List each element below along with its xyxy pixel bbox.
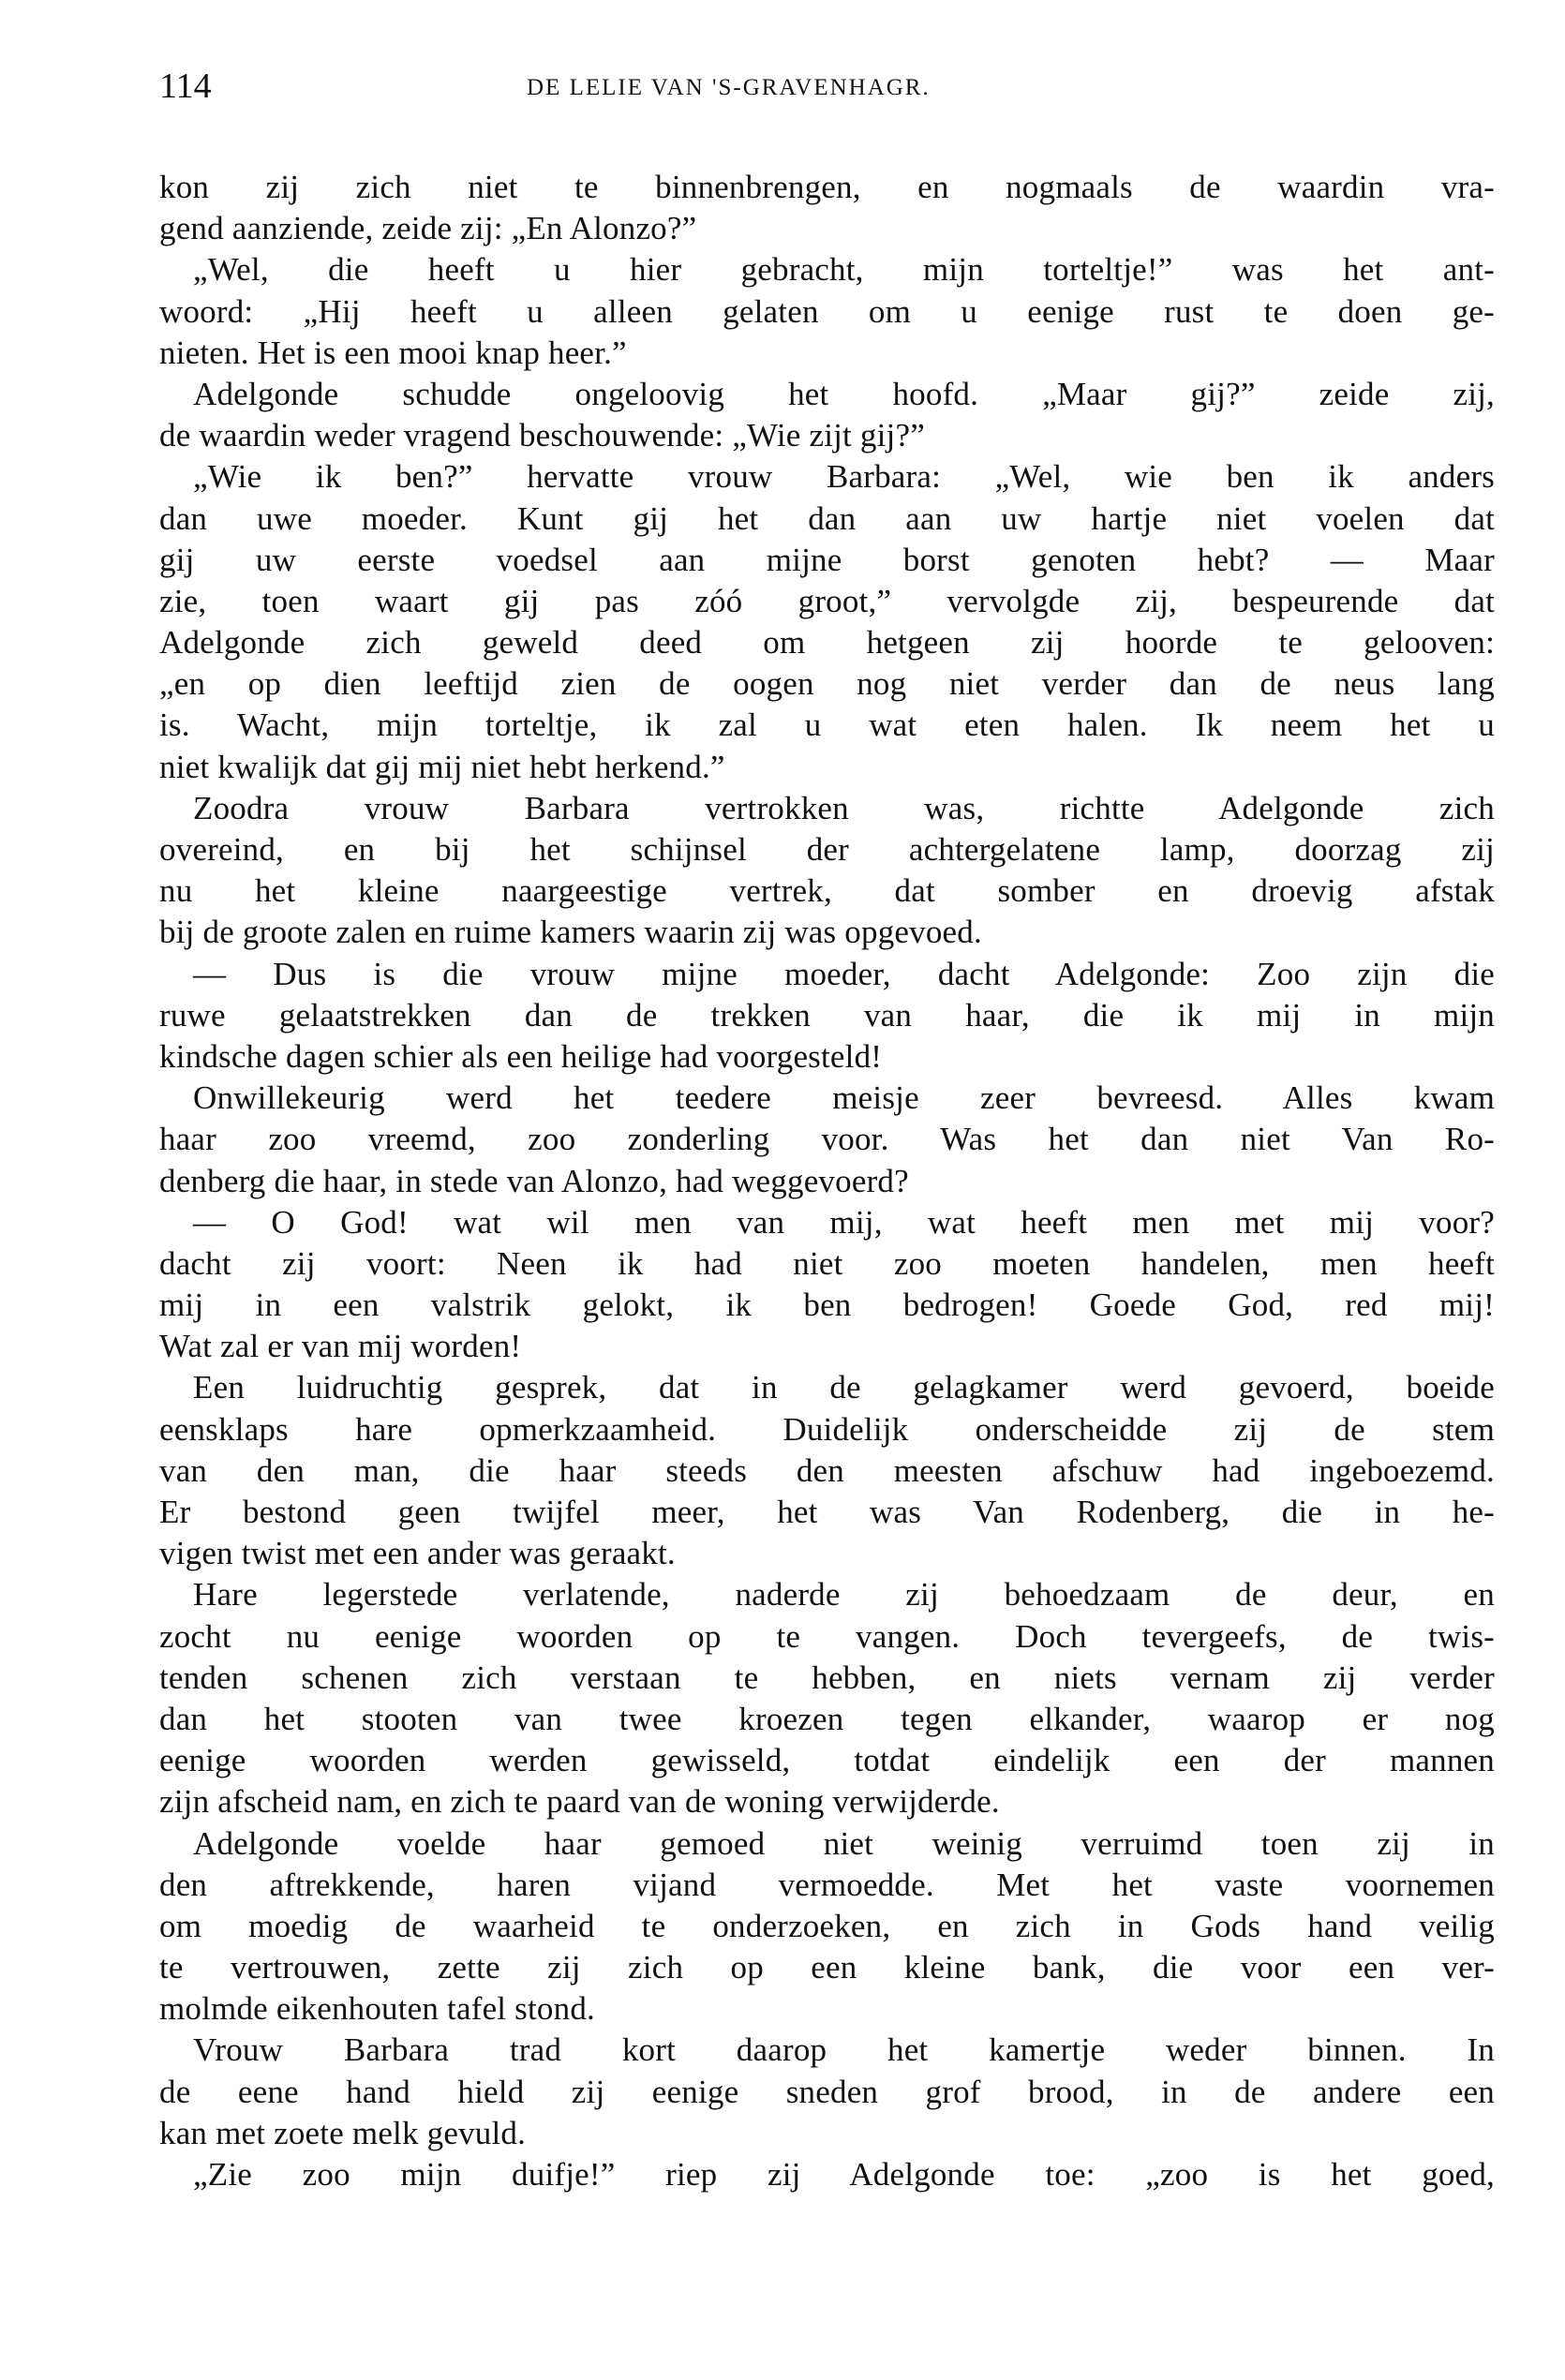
- text-line: ruwe gelaatstrekken dan de trekken van h…: [159, 995, 1495, 1036]
- text-line: nu het kleine naargeestige vertrek, dat …: [159, 870, 1495, 912]
- text-line: bij de groote zalen en ruime kamers waar…: [159, 912, 1495, 953]
- text-line: eenige woorden werden gewisseld, totdat …: [159, 1740, 1495, 1781]
- text-line: woord: „Hij heeft u alleen gelaten om u …: [159, 291, 1495, 333]
- text-line: den aftrekkende, haren vijand vermoedde.…: [159, 1865, 1495, 1906]
- text-line: de waardin weder vragend beschouwende: „…: [159, 415, 1495, 456]
- text-line: — Dus is die vrouw mijne moeder, dacht A…: [159, 954, 1495, 995]
- text-line: Wat zal er van mij worden!: [159, 1326, 1495, 1367]
- text-line: Onwillekeurig werd het teedere meisje ze…: [159, 1078, 1495, 1119]
- text-line: Er bestond geen twijfel meer, het was Va…: [159, 1492, 1495, 1533]
- text-line: Zoodra vrouw Barbara vertrokken was, ric…: [159, 788, 1495, 829]
- text-line: kan met zoete melk gevuld.: [159, 2113, 1495, 2154]
- text-line: van den man, die haar steeds den meesten…: [159, 1450, 1495, 1492]
- page-number: 114: [159, 66, 212, 107]
- text-line: dan uwe moeder. Kunt gij het dan aan uw …: [159, 498, 1495, 540]
- running-head: De Lelie van 's-Gravenhagr.: [527, 73, 888, 103]
- text-line: de eene hand hield zij eenige sneden gro…: [159, 2072, 1495, 2113]
- text-line: Adelgonde schudde ongeloovig het hoofd. …: [159, 374, 1495, 415]
- text-line: overeind, en bij het schijnsel der achte…: [159, 829, 1495, 870]
- text-line: eensklaps hare opmerkzaamheid. Duidelijk…: [159, 1409, 1495, 1450]
- text-line: nieten. Het is een mooi knap heer.”: [159, 333, 1495, 374]
- text-line: tenden schenen zich verstaan te hebben, …: [159, 1658, 1495, 1699]
- text-line: gij uw eerste voedsel aan mijne borst ge…: [159, 540, 1495, 581]
- text-line: Vrouw Barbara trad kort daarop het kamer…: [159, 2030, 1495, 2071]
- text-line: Adelgonde zich geweld deed om hetgeen zi…: [159, 622, 1495, 663]
- text-line: molmde eikenhouten tafel stond.: [159, 1988, 1495, 2030]
- text-line: Adelgonde voelde haar gemoed niet weinig…: [159, 1823, 1495, 1865]
- text-line: „Zie zoo mijn duifje!” riep zij Adelgond…: [159, 2154, 1495, 2195]
- text-line: zijn afscheid nam, en zich te paard van …: [159, 1781, 1495, 1822]
- text-line: Hare legerstede verlatende, naderde zij …: [159, 1574, 1495, 1615]
- text-line: vigen twist met een ander was geraakt.: [159, 1533, 1495, 1574]
- text-line: dacht zij voort: Neen ik had niet zoo mo…: [159, 1243, 1495, 1285]
- text-line: „en op dien leeftijd zien de oogen nog n…: [159, 663, 1495, 705]
- text-line: zie, toen waart gij pas zóó groot,” verv…: [159, 581, 1495, 622]
- text-line: „Wel, die heeft u hier gebracht, mijn to…: [159, 249, 1495, 290]
- text-line: kindsche dagen schier als een heilige ha…: [159, 1036, 1495, 1078]
- text-line: te vertrouwen, zette zij zich op een kle…: [159, 1947, 1495, 1988]
- text-line: haar zoo vreemd, zoo zonderling voor. Wa…: [159, 1119, 1495, 1160]
- text-line: denberg die haar, in stede van Alonzo, h…: [159, 1161, 1495, 1202]
- text-line: — O God! wat wil men van mij, wat heeft …: [159, 1202, 1495, 1243]
- text-line: is. Wacht, mijn torteltje, ik zal u wat …: [159, 705, 1495, 746]
- text-line: om moedig de waarheid te onderzoeken, en…: [159, 1906, 1495, 1947]
- text-line: mij in een valstrik gelokt, ik ben bedro…: [159, 1285, 1495, 1326]
- body-text: kon zij zich niet te binnenbrengen, en n…: [159, 167, 1495, 2195]
- text-line: Een luidruchtig gesprek, dat in de gelag…: [159, 1367, 1495, 1408]
- text-line: dan het stooten van twee kroezen tegen e…: [159, 1699, 1495, 1740]
- text-line: „Wie ik ben?” hervatte vrouw Barbara: „W…: [159, 456, 1495, 498]
- text-line: niet kwalijk dat gij mij niet hebt herke…: [159, 747, 1495, 788]
- text-line: kon zij zich niet te binnenbrengen, en n…: [159, 167, 1495, 208]
- text-line: zocht nu eenige woorden op te vangen. Do…: [159, 1616, 1495, 1658]
- text-line: gend aanziende, zeide zij: „En Alonzo?”: [159, 208, 1495, 249]
